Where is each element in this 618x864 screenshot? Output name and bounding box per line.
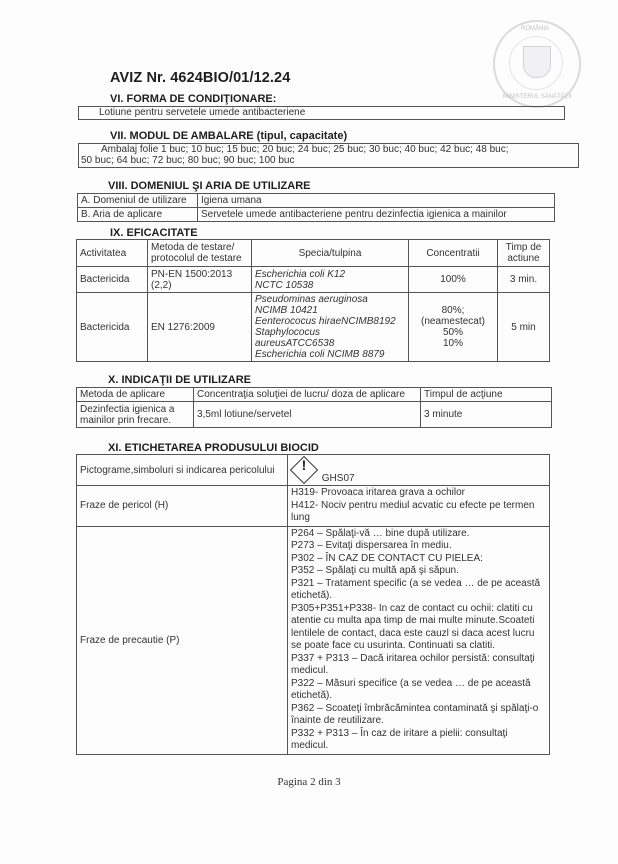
col-concentration: Concentratii: [409, 240, 498, 267]
col-action-time: Timpul de acţiune: [421, 388, 552, 402]
precaution-phrase: P302 – ÎN CAZ DE CONTACT CU PIELEA:: [291, 553, 546, 566]
activity-cell: Bactericida: [77, 293, 148, 362]
precaution-phrase: P362 – Scoateţi îmbrăcămintea contaminat…: [291, 703, 546, 728]
precaution-phrase: P264 – Spălaţi-vă … bine după utilizare.: [291, 528, 546, 541]
concentration-cell: 100%: [409, 267, 498, 293]
precaution-label: Fraze de precautie (P): [77, 526, 288, 754]
table-header-row: Metoda de aplicare Concentraţia soluţiei…: [77, 388, 552, 402]
concentration-line: 50%: [412, 327, 494, 338]
species-line: NCTC 10538: [255, 280, 405, 291]
species-line: Escherichia coli K12: [255, 269, 405, 280]
species-line: Staphylococus: [255, 327, 405, 338]
section-vi-heading: VI. FORMA DE CONDIŢIONARE:: [110, 93, 276, 105]
stamp-top-text: ROMÂNIA: [521, 26, 549, 32]
section-x-heading: X. INDICAŢII DE UTILIZARE: [108, 374, 251, 386]
col-time: Timp de actiune: [498, 240, 550, 267]
precaution-phrase: P305+P351+P338- In caz de contact cu och…: [291, 603, 546, 653]
concentration-line: (neamestecat): [412, 316, 494, 327]
activity-cell: Bactericida: [77, 267, 148, 293]
pictogram-label: Pictograme,simboluri si indicarea perico…: [77, 455, 288, 486]
section-vii-heading: VII. MODUL DE AMBALARE (tipul, capacitat…: [110, 130, 347, 142]
precaution-phrase: P321 – Tratament specific (a se vedea … …: [291, 578, 546, 603]
area-label: B. Aria de aplicare: [78, 208, 198, 222]
species-line: Eenterococus hiraeNCIMB8192: [255, 316, 405, 327]
page-number: Pagina 2 din 3: [0, 776, 618, 788]
stamp-bottom-text: MINISTERUL SĂNĂTĂŢII: [503, 94, 572, 100]
col-application-method: Metoda de aplicare: [77, 388, 194, 402]
table-row: Dezinfectia igienica a mainilor prin fre…: [77, 402, 552, 428]
efficacy-table: Activitatea Metoda de testare/ protocolu…: [76, 239, 550, 362]
time-cell: 3 min.: [498, 267, 550, 293]
concentration-line: 10%: [412, 338, 494, 349]
precaution-phrase: P337 + P313 – Dacă iritarea ochilor pers…: [291, 653, 546, 678]
section-xi-heading: XI. ETICHETAREA PRODUSULUI BIOCID: [108, 442, 319, 454]
official-stamp: ROMÂNIA MINISTERUL SĂNĂTĂŢII: [493, 20, 581, 108]
pictogram-cell: ! GHS07: [288, 455, 550, 486]
usage-domain-table: A. Domeniul de utilizare Igiena umana B.…: [77, 193, 555, 222]
table-header-row: Activitatea Metoda de testare/ protocolu…: [77, 240, 550, 267]
col-dose: Concentraţia soluţiei de lucru/ doza de …: [194, 388, 421, 402]
species-line: aureusATCC6538: [255, 338, 405, 349]
labeling-table: Pictograme,simboluri si indicarea perico…: [76, 454, 550, 755]
species-cell: Escherichia coli K12 NCTC 10538: [252, 267, 409, 293]
hazard-label: Fraze de pericol (H): [77, 486, 288, 527]
area-value: Servetele umede antibacteriene pentru de…: [198, 208, 555, 222]
species-line: NCIMB 10421: [255, 305, 405, 316]
action-time-cell: 3 minute: [421, 402, 552, 428]
section-vi-value: Lotiune pentru servetele umede antibacte…: [78, 106, 565, 120]
usage-instructions-table: Metoda de aplicare Concentraţia soluţiei…: [76, 387, 552, 428]
precaution-phrase: P273 – Evitaţi dispersarea în mediu.: [291, 540, 546, 553]
dose-cell: 3,5ml lotiune/servetel: [194, 402, 421, 428]
hazard-phrase: H319- Provoaca iritarea grava a ochilor: [291, 487, 546, 500]
table-row: A. Domeniul de utilizare Igiena umana: [78, 194, 555, 208]
concentration-line: 80%;: [412, 305, 494, 316]
species-cell: Pseudominas aeruginosa NCIMB 10421 Eente…: [252, 293, 409, 362]
concentration-cell: 80%; (neamestecat) 50% 10%: [409, 293, 498, 362]
species-line: Pseudominas aeruginosa: [255, 294, 405, 305]
section-ix-heading: IX. EFICACITATE: [110, 227, 198, 239]
section-viii-heading: VIII. DOMENIUL ŞI ARIA DE UTILIZARE: [108, 180, 311, 192]
document-title: AVIZ Nr. 4624BIO/01/12.24: [110, 70, 290, 86]
pictogram-code: GHS07: [322, 473, 355, 484]
packaging-form: Lotiune pentru servetele umede antibacte…: [99, 107, 305, 118]
col-species: Specia/tulpina: [252, 240, 409, 267]
time-cell: 5 min: [498, 293, 550, 362]
hazard-phrase: H412- Nociv pentru mediul acvatic cu efe…: [291, 500, 546, 525]
ghs07-exclamation-icon: !: [291, 457, 317, 483]
precaution-phrase: P332 + P313 – În caz de iritare a pielii…: [291, 728, 546, 753]
application-method-cell: Dezinfectia igienica a mainilor prin fre…: [77, 402, 194, 428]
packaging-line-2: 50 buc; 64 buc; 72 buc; 80 buc; 90 buc; …: [81, 155, 576, 166]
col-activity: Activitatea: [77, 240, 148, 267]
hazard-phrases: H319- Provoaca iritarea grava a ochilor …: [288, 486, 550, 527]
table-row: Fraze de precautie (P) P264 – Spălaţi-vă…: [77, 526, 550, 754]
table-row: Fraze de pericol (H) H319- Provoaca irit…: [77, 486, 550, 527]
precaution-phrases: P264 – Spălaţi-vă … bine după utilizare.…: [288, 526, 550, 754]
species-line: Escherichia coli NCIMB 8879: [255, 349, 405, 360]
section-vii-value: Ambalaj folie 1 buc; 10 buc; 15 buc; 20 …: [78, 143, 579, 168]
packaging-line-1: Ambalaj folie 1 buc; 10 buc; 15 buc; 20 …: [81, 144, 576, 155]
precaution-phrase: P352 – Spălaţi cu multă apă şi săpun.: [291, 565, 546, 578]
table-row: Bactericida EN 1276:2009 Pseudominas aer…: [77, 293, 550, 362]
domain-label: A. Domeniul de utilizare: [78, 194, 198, 208]
method-cell: PN-EN 1500:2013 (2,2): [148, 267, 252, 293]
precaution-phrase: P322 – Măsuri specifice (a se vedea … de…: [291, 678, 546, 703]
method-cell: EN 1276:2009: [148, 293, 252, 362]
table-row: Pictograme,simboluri si indicarea perico…: [77, 455, 550, 486]
table-row: B. Aria de aplicare Servetele umede anti…: [78, 208, 555, 222]
col-method: Metoda de testare/ protocolul de testare: [148, 240, 252, 267]
domain-value: Igiena umana: [198, 194, 555, 208]
coat-of-arms-icon: [523, 46, 551, 78]
table-row: Bactericida PN-EN 1500:2013 (2,2) Escher…: [77, 267, 550, 293]
